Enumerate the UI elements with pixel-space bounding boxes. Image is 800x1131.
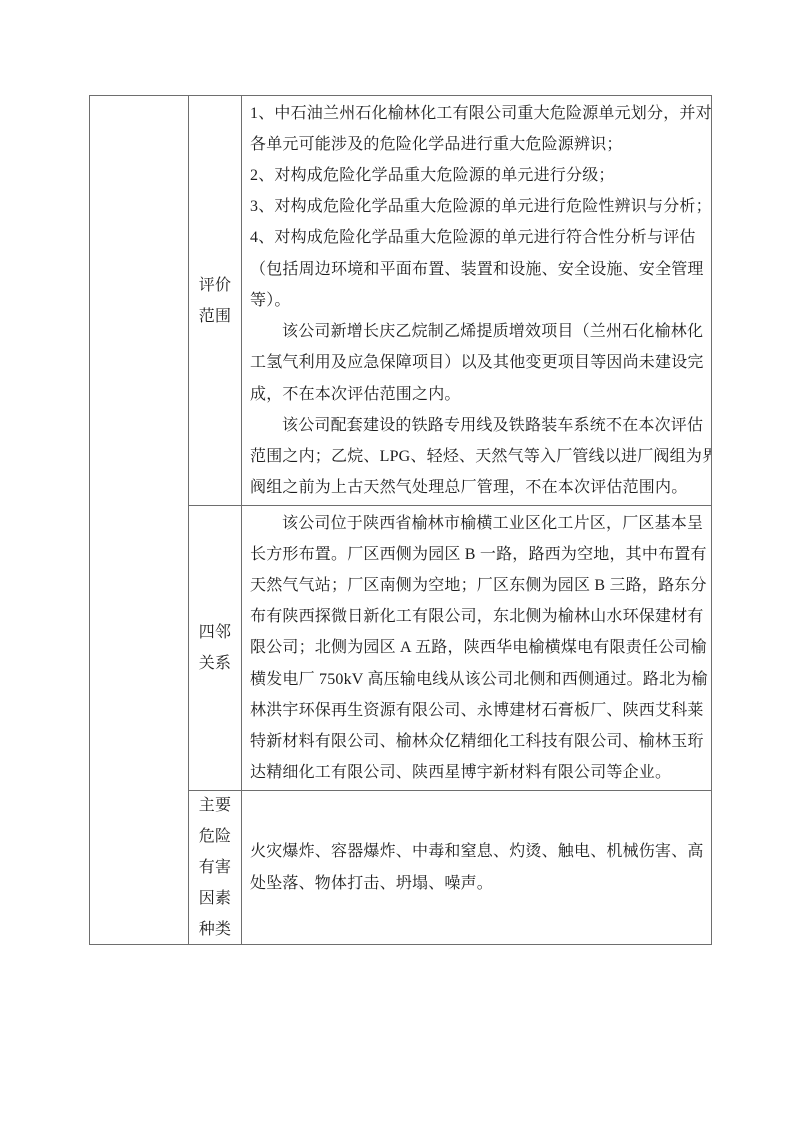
text-line: 布有陕西探微日新化工有限公司，东北侧为榆林山水环保建材有 xyxy=(250,601,706,632)
text-line: 特新材料有限公司、榆林众亿精细化工科技有限公司、榆林玉珩 xyxy=(250,726,706,757)
text-line: 工氢气利用及应急保障项目）以及其他变更项目等因尚未建设完 xyxy=(250,347,706,378)
text-line: 限公司；北侧为园区 A 五路，陕西华电榆横煤电有限责任公司榆 xyxy=(250,632,706,663)
text-line: （包括周边环境和平面布置、装置和设施、安全设施、安全管理 xyxy=(250,254,706,285)
text-line: 长方形布置。厂区西侧为园区 B 一路，路西为空地，其中布置有 xyxy=(250,539,706,570)
text-line: 1、中石油兰州石化榆林化工有限公司重大危险源单元划分，并对 xyxy=(250,98,706,129)
text-line: 处坠落、物体打击、坍塌、噪声。 xyxy=(250,868,706,899)
text-line: 3、对构成危险化学品重大危险源的单元进行危险性辨识与分析； xyxy=(250,191,706,222)
table-rows: 评价范围 1、中石油兰州石化榆林化工有限公司重大危险源单元划分，并对各单元可能涉… xyxy=(189,96,711,944)
row-content-main-hazard-factors: 火灾爆炸、容器爆炸、中毒和窒息、灼烫、触电、机械伤害、高处坠落、物体打击、坍塌、… xyxy=(242,791,711,944)
text-line: 各单元可能涉及的危险化学品进行重大危险源辨识； xyxy=(250,129,706,160)
text-line: 4、对构成危险化学品重大危险源的单元进行符合性分析与评估 xyxy=(250,222,706,253)
text-line: 横发电厂 750kV 高压输电线从该公司北侧和西侧通过。路北为榆 xyxy=(250,664,706,695)
text-line: 该公司位于陕西省榆林市榆横工业区化工片区，厂区基本呈 xyxy=(250,508,706,539)
row-label-four-neighbors: 四邻关系 xyxy=(189,506,242,790)
paragraph: 该公司位于陕西省榆林市榆横工业区化工片区，厂区基本呈长方形布置。厂区西侧为园区 … xyxy=(250,508,706,789)
evaluation-table: 评价范围 1、中石油兰州石化榆林化工有限公司重大危险源单元划分，并对各单元可能涉… xyxy=(89,95,712,945)
table-row-four-neighbors: 四邻关系 该公司位于陕西省榆林市榆横工业区化工片区，厂区基本呈长方形布置。厂区西… xyxy=(189,506,711,791)
text-line: 火灾爆炸、容器爆炸、中毒和窒息、灼烫、触电、机械伤害、高 xyxy=(250,836,706,867)
text-line: 该公司新增长庆乙烷制乙烯提质增效项目（兰州石化榆林化 xyxy=(250,316,706,347)
row-content-evaluation-scope: 1、中石油兰州石化榆林化工有限公司重大危险源单元划分，并对各单元可能涉及的危险化… xyxy=(242,96,711,505)
paragraph: 1、中石油兰州石化榆林化工有限公司重大危险源单元划分，并对各单元可能涉及的危险化… xyxy=(250,98,706,316)
table-cell-category-empty xyxy=(90,96,189,944)
text-line: 天然气气站；厂区南侧为空地；厂区东侧为园区 B 三路，路东分 xyxy=(250,570,706,601)
label-line: 范围 xyxy=(199,301,231,332)
label-line: 种类 xyxy=(199,914,231,944)
text-line: 该公司配套建设的铁路专用线及铁路装车系统不在本次评估 xyxy=(250,410,706,441)
table-row-main-hazard-factors: 主要危险有害因素种类 火灾爆炸、容器爆炸、中毒和窒息、灼烫、触电、机械伤害、高处… xyxy=(189,791,711,944)
text-line: 等）。 xyxy=(250,285,706,316)
label-line: 评价 xyxy=(199,270,231,301)
label-line: 四邻 xyxy=(199,617,231,648)
text-line: 达精细化工有限公司、陕西星博宇新材料有限公司等企业。 xyxy=(250,757,706,788)
label-line: 有害 xyxy=(199,852,231,883)
text-line: 范围之内；乙烷、LPG、轻烃、天然气等入厂管线以进厂阀组为界， xyxy=(250,441,706,472)
row-label-main-hazard-factors: 主要危险有害因素种类 xyxy=(189,791,242,944)
text-line: 阀组之前为上古天然气处理总厂管理，不在本次评估范围内。 xyxy=(250,472,706,503)
label-line: 因素 xyxy=(199,883,231,914)
text-line: 2、对构成危险化学品重大危险源的单元进行分级； xyxy=(250,160,706,191)
label-line: 关系 xyxy=(199,648,231,679)
paragraph: 该公司新增长庆乙烷制乙烯提质增效项目（兰州石化榆林化工氢气利用及应急保障项目）以… xyxy=(250,316,706,410)
paragraph: 该公司配套建设的铁路专用线及铁路装车系统不在本次评估范围之内；乙烷、LPG、轻烃… xyxy=(250,410,706,504)
row-label-evaluation-scope: 评价范围 xyxy=(189,96,242,505)
table-row-evaluation-scope: 评价范围 1、中石油兰州石化榆林化工有限公司重大危险源单元划分，并对各单元可能涉… xyxy=(189,96,711,506)
text-line: 林洪宇环保再生资源有限公司、永博建材石膏板厂、陕西艾科莱 xyxy=(250,695,706,726)
paragraph: 火灾爆炸、容器爆炸、中毒和窒息、灼烫、触电、机械伤害、高处坠落、物体打击、坍塌、… xyxy=(250,836,706,898)
label-line: 危险 xyxy=(199,821,231,852)
label-line: 主要 xyxy=(199,791,231,821)
text-line: 成，不在本次评估范围之内。 xyxy=(250,379,706,410)
row-content-four-neighbors: 该公司位于陕西省榆林市榆横工业区化工片区，厂区基本呈长方形布置。厂区西侧为园区 … xyxy=(242,506,711,790)
